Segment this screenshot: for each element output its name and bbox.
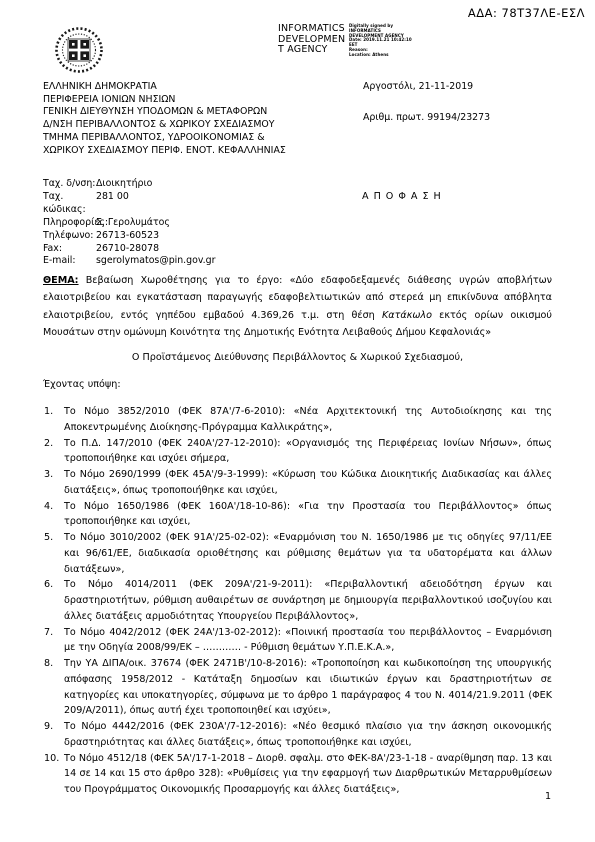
decision-document-page: ΑΔΑ: 78Τ37ΛΕ-ΕΣΛ INFORMATICS DEVELOPMEN … (0, 0, 595, 842)
legal-reference-item: Το Νόμο 1650/1986 (ΦΕΚ 160Α'/18-10-86): … (43, 499, 552, 531)
contact-details-block: Ταχ. δ/νση: Διοικητήριο Ταχ. κώδικας: 28… (43, 178, 215, 268)
contact-value: Διοικητήριο (96, 178, 152, 191)
legal-reference-item: Το Νόμο 2690/1999 (ΦΕΚ 45Α'/9-3-1999): «… (43, 467, 552, 499)
ada-code: ΑΔΑ: 78Τ37ΛΕ-ΕΣΛ (468, 6, 585, 20)
contact-label: Fax: (43, 243, 96, 256)
org-line-department-cont: ΧΩΡΙΚΟΥ ΣΧΕΔΙΑΣΜΟΥ ΠΕΡΙΦ. ΕΝΟΤ. ΚΕΦΑΛΛΗΝ… (43, 145, 286, 158)
stamp-signature-details: Digitally signed by INFORMATICS DEVELOPM… (349, 24, 427, 58)
org-line-directorate: Δ/ΝΣΗ ΠΕΡΙΒΑΛΛΟΝΤΟΣ & ΧΩΡΙΚΟΥ ΣΧΕΔΙΑΣΜΟΥ (43, 119, 286, 132)
decision-title: ΑΠΟΦΑΣΗ (362, 191, 446, 202)
deciding-officer-line: Ο Προϊστάμενος Διεύθυνσης Περιβάλλοντος … (43, 352, 552, 363)
page-number: 1 (545, 791, 551, 802)
digital-signature-stamp: INFORMATICS DEVELOPMEN T AGENCY Digitall… (278, 24, 427, 58)
subject-label: ΘΕΜΑ: (43, 275, 79, 286)
place-and-date: Αργοστόλι, 21-11-2019 (363, 81, 473, 92)
greek-coat-of-arms-emblem (52, 25, 106, 79)
org-line-region: ΠΕΡΙΦΕΡΕΙΑ ΙΟΝΙΩΝ ΝΗΣΙΩΝ (43, 94, 286, 107)
contact-label: E-mail: (43, 255, 96, 268)
contact-value: 26713-60523 (96, 230, 159, 243)
contact-label: Ταχ. δ/νση: (43, 178, 96, 191)
legal-reference-item: Το Νόμο 4014/2011 (ΦΕΚ 209Α'/21-9-2011):… (43, 577, 552, 624)
contact-email-value: sgerolymatos@pin.gov.gr (96, 255, 215, 268)
org-line-republic: ΕΛΛΗΝΙΚΗ ΔΗΜΟΚΡΑΤΙΑ (43, 81, 286, 94)
stamp-agency-name: INFORMATICS DEVELOPMEN T AGENCY (278, 24, 344, 58)
legal-reference-item: Το Νόμο 4512/18 (ΦΕΚ 5Α'/17-1-2018 – Διο… (43, 751, 552, 798)
coat-of-arms-icon (52, 25, 106, 75)
legal-reference-item: Την ΥΑ ΔΙΠΑ/οικ. 37674 (ΦΕΚ 2471Β'/10-8-… (43, 656, 552, 719)
stamp-agency-line: T AGENCY (278, 45, 344, 56)
contact-value: Σ. Γερολυμάτος (96, 217, 170, 230)
contact-value: 26710-28078 (96, 243, 159, 256)
contact-label: Τηλέφωνο: (43, 230, 96, 243)
contact-row-information: Πληροφορίες: Σ. Γερολυμάτος (43, 217, 215, 230)
contact-label: Ταχ. κώδικας: (43, 191, 96, 217)
contact-row-postal-code: Ταχ. κώδικας: 281 00 (43, 191, 215, 217)
legal-references-list: Το Νόμο 3852/2010 (ΦΕΚ 87Α'/7-6-2010): «… (43, 404, 552, 798)
contact-value: 281 00 (96, 191, 129, 217)
having-regard-label: Έχοντας υπόψη: (43, 379, 121, 390)
org-line-department: ΤΜΗΜΑ ΠΕΡΙΒΑΛΛΟΝΤΟΣ, ΥΔΡΟΟΙΚΟΝΟΜΙΑΣ & (43, 132, 286, 145)
contact-row-address: Ταχ. δ/νση: Διοικητήριο (43, 178, 215, 191)
contact-row-email: E-mail: sgerolymatos@pin.gov.gr (43, 255, 215, 268)
legal-reference-item: Το Νόμο 4442/2016 (ΦΕΚ 230Α'/7-12-2016):… (43, 719, 552, 751)
stamp-signature-line: Location: Athens (349, 53, 427, 58)
org-line-general-directorate: ΓΕΝΙΚΗ ΔΙΕΥΘΥΝΣΗ ΥΠΟΔΟΜΩΝ & ΜΕΤΑΦΟΡΩΝ (43, 106, 286, 119)
legal-reference-item: Το Π.Δ. 147/2010 (ΦΕΚ 240Α'/27-12-2010):… (43, 436, 552, 468)
organization-header: ΕΛΛΗΝΙΚΗ ΔΗΜΟΚΡΑΤΙΑ ΠΕΡΙΦΕΡΕΙΑ ΙΟΝΙΩΝ ΝΗ… (43, 81, 286, 157)
contact-label: Πληροφορίες: (43, 217, 96, 230)
protocol-number: Αριθμ. πρωτ. 99194/23273 (363, 112, 490, 123)
contact-row-telephone: Τηλέφωνο: 26713-60523 (43, 230, 215, 243)
legal-reference-item: Το Νόμο 3852/2010 (ΦΕΚ 87Α'/7-6-2010): «… (43, 404, 552, 436)
contact-row-fax: Fax: 26710-28078 (43, 243, 215, 256)
subject-place-name: Κατάκωλο (382, 310, 432, 321)
subject-paragraph: ΘΕΜΑ: Βεβαίωση Χωροθέτησης για το έργο: … (43, 272, 552, 342)
legal-reference-item: Το Νόμο 3010/2002 (ΦΕΚ 91Α'/25-02-02): «… (43, 530, 552, 577)
stamp-agency-line: INFORMATICS (278, 24, 344, 35)
legal-reference-item: Το Νόμο 4042/2012 (ΦΕΚ 24Α'/13-02-2012):… (43, 625, 552, 657)
